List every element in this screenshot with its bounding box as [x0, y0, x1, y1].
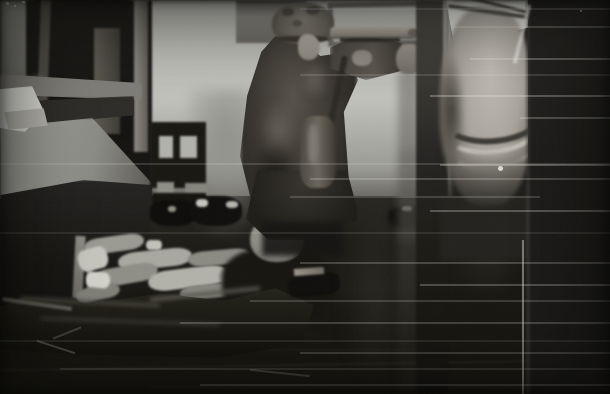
war-photograph — [0, 0, 610, 394]
vignette — [0, 0, 610, 394]
